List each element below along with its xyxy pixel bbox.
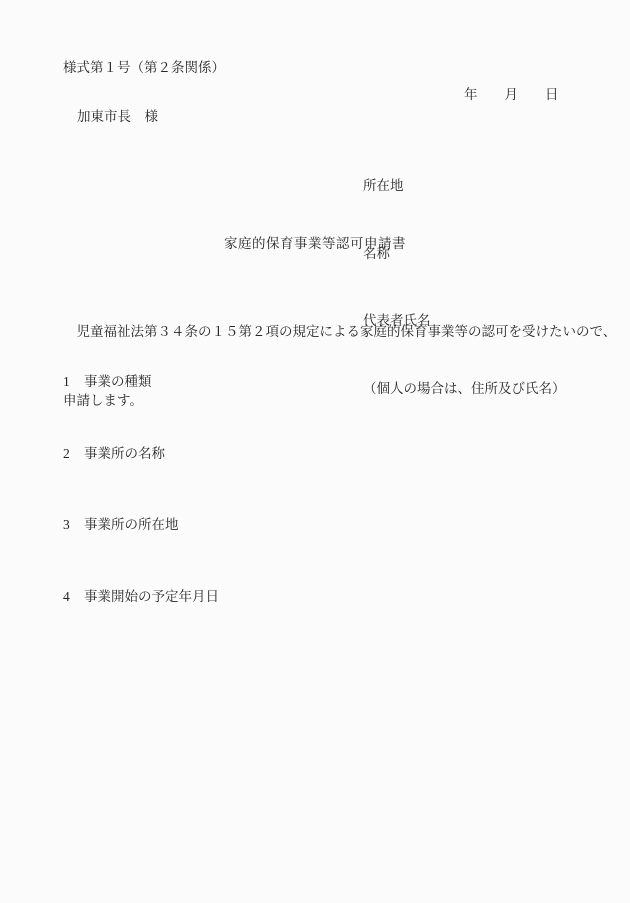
addressee: 加東市長 様	[77, 110, 158, 124]
item-business-type: 1 事業の種類	[63, 375, 219, 389]
item-planned-start-date: 4 事業開始の予定年月日	[63, 590, 219, 604]
item-label: 事業開始の予定年月日	[84, 590, 219, 604]
document-page: 様式第１号（第２条関係） 年 月 日 加東市長 様 所在地 名称 代表者氏名 （…	[0, 0, 630, 903]
item-number: 2	[63, 447, 71, 461]
item-label: 事業所の所在地	[84, 518, 179, 532]
item-label: 事業の種類	[84, 375, 152, 389]
item-list: 1 事業の種類 2 事業所の名称 3 事業所の所在地 4 事業開始の予定年月日	[63, 347, 219, 661]
date-line: 年 月 日	[464, 88, 559, 102]
applicant-location-label: 所在地	[363, 175, 566, 198]
item-label: 事業所の名称	[84, 447, 165, 461]
item-number: 1	[63, 375, 71, 389]
item-office-location: 3 事業所の所在地	[63, 518, 219, 532]
document-title: 家庭的保育事業等認可申請書	[0, 237, 630, 251]
item-number: 4	[63, 590, 71, 604]
body-line-1: 児童福祉法第３４条の１５第２項の規定による家庭的保育事業等の認可を受けたいので、	[63, 320, 616, 343]
item-number: 3	[63, 518, 71, 532]
form-number: 様式第１号（第２条関係）	[63, 61, 225, 75]
item-office-name: 2 事業所の名称	[63, 447, 219, 461]
